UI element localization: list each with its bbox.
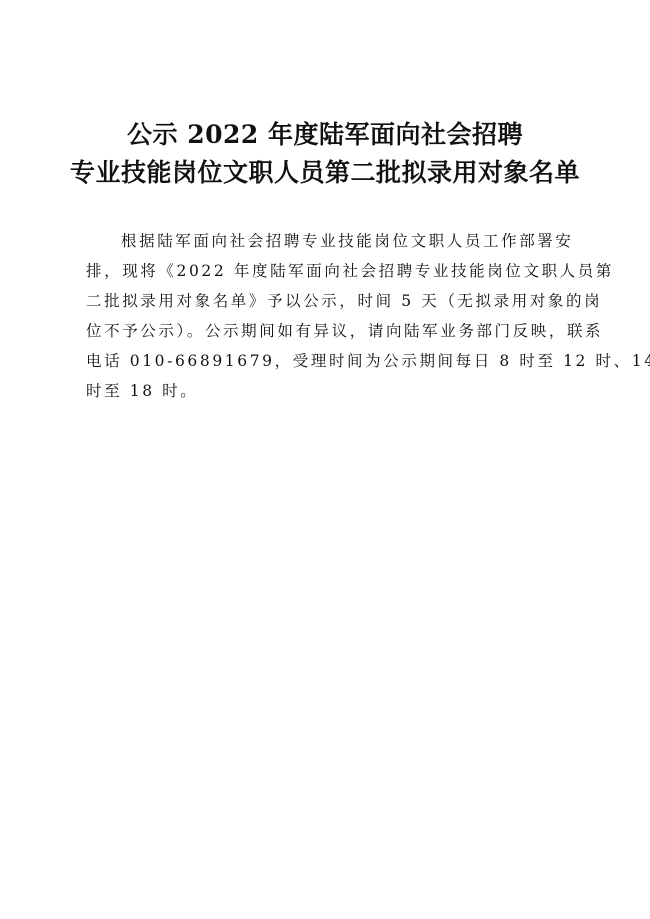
document-title-line-1: 公示 2022 年度陆军面向社会招聘 xyxy=(0,116,650,154)
body-paragraph-line-5: 电话 010-66891679，受理时间为公示期间每日 8 时至 12 时、14 xyxy=(86,346,576,376)
body-paragraph-line-1: 根据陆军面向社会招聘专业技能岗位文职人员工作部署安 xyxy=(121,226,611,256)
body-paragraph-line-4: 位不予公示）。公示期间如有异议，请向陆军业务部门反映，联系 xyxy=(86,316,576,346)
document-title-line-2: 专业技能岗位文职人员第二批拟录用对象名单 xyxy=(0,154,650,192)
body-paragraph-line-6: 时至 18 时。 xyxy=(86,376,576,406)
body-paragraph-line-2: 排，现将《2022 年度陆军面向社会招聘专业技能岗位文职人员第 xyxy=(86,256,576,286)
document-page: 公示 2022 年度陆军面向社会招聘 专业技能岗位文职人员第二批拟录用对象名单 … xyxy=(0,0,650,919)
body-paragraph-line-3: 二批拟录用对象名单》予以公示，时间 5 天（无拟录用对象的岗 xyxy=(86,286,576,316)
